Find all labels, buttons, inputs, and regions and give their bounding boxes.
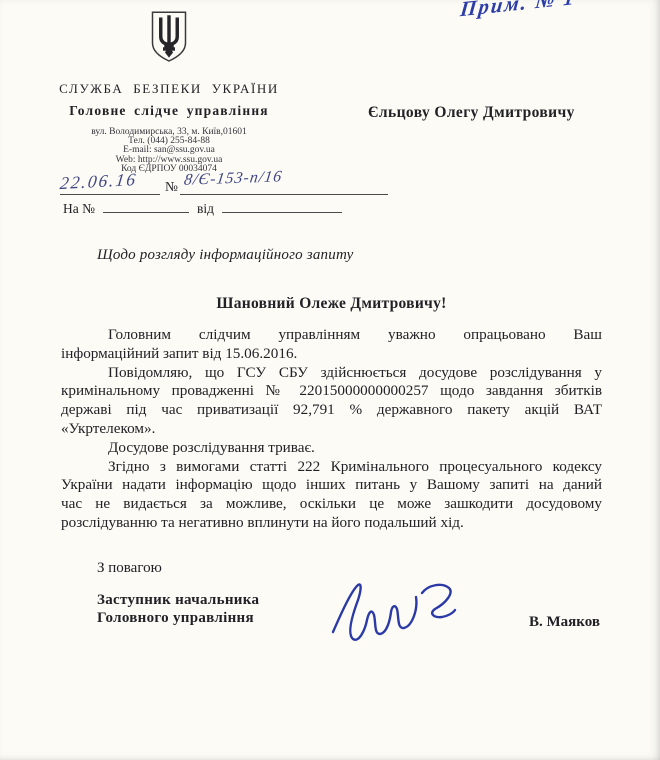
scanned-letter-page: Прим. № 1 СЛУЖБА БЕЗПЕКИ УКРАЇНИ Головне… (0, 0, 660, 760)
incoming-ref-date-label: від (197, 201, 214, 216)
signer-position-line-1: Заступник начальника (97, 592, 259, 609)
handwritten-signature (326, 576, 471, 658)
incoming-number-blank (103, 199, 189, 213)
body-line: Головним слідчим управлінням уважно опра… (61, 326, 602, 345)
number-sign-label: № (165, 179, 178, 195)
incoming-reference-row: На №від (63, 199, 342, 217)
body-line: час не видається за можливе, оскільки це… (61, 495, 602, 514)
organization-name: СЛУЖБА БЕЗПЕКИ УКРАЇНИ (38, 81, 300, 97)
outgoing-number-handwritten: 8/Є-153-п/16 (183, 168, 284, 190)
subject-line: Щодо розгляду інформаційного запиту (97, 247, 353, 264)
contact-block: вул. Володимирська, 33, м. Київ,01601 Те… (38, 128, 300, 174)
body-line: Повідомляю, що ГСУ СБУ здійснюється досу… (61, 364, 602, 383)
letter-body: Головним слідчим управлінням уважно опра… (61, 326, 602, 533)
salutation: Шановний Олеже Дмитровичу! (61, 295, 602, 313)
body-line: кримінальному провадженні № 220150000000… (61, 382, 602, 401)
number-blank-line (180, 194, 388, 195)
recipient-name: Єльцову Олегу Дмитровичу (368, 104, 575, 122)
trident-emblem-icon (146, 51, 192, 68)
closing-regards: З повагою (97, 560, 162, 577)
signer-name: В. Маяков (529, 614, 600, 631)
incoming-ref-label: На № (63, 201, 95, 216)
outgoing-reference-row: 22.06.16 № 8/Є-153-п/16 (60, 170, 360, 200)
outgoing-date-handwritten: 22.06.16 (59, 169, 139, 194)
body-line: Досудове розслідування триває. (61, 439, 602, 458)
date-blank-line (60, 194, 160, 195)
body-line: України надати інформацію щодо інших пит… (61, 476, 602, 495)
department-name: Головне слідче управління (38, 103, 300, 119)
copy-number-note-handwritten: Прим. № 1 (459, 0, 577, 22)
incoming-date-blank (222, 199, 342, 213)
body-line: розслідуванню та негативно вплинути на й… (61, 514, 602, 533)
body-line: державі під час приватизації 92,791 % де… (61, 401, 602, 420)
signer-position-line-2: Головного управління (97, 610, 254, 627)
body-line: інформаційний запит від 15.06.2016. (61, 345, 602, 364)
body-line: Згідно з вимогами статті 222 Кримінально… (61, 458, 602, 477)
letterhead: СЛУЖБА БЕЗПЕКИ УКРАЇНИ Головне слідче уп… (38, 10, 300, 174)
body-line: «Укртелеком». (61, 420, 602, 439)
